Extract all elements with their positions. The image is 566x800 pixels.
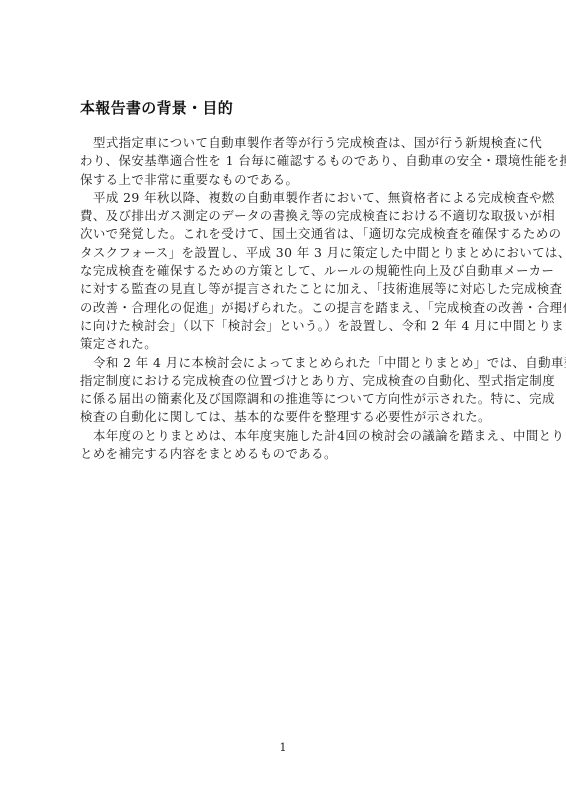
document-page: 本報告書の背景・目的 型式指定車について自動車製作者等が行う完成検査は、国が行う… bbox=[0, 0, 566, 800]
text-line: 保する上で非常に重要なものである。 bbox=[80, 171, 492, 189]
text-line: 令和 2 年 4 月に本検討会によってまとめられた「中間とりまとめ」では、自動車… bbox=[80, 354, 492, 372]
text-line: 費、及び排出ガス測定のデータの書換え等の完成検査における不適切な取扱いが相 bbox=[80, 207, 492, 225]
section-title: 本報告書の背景・目的 bbox=[80, 97, 233, 118]
text-line: 平成 29 年秋以降、複数の自動車製作者において、無資格者による完成検査や燃 bbox=[80, 189, 492, 207]
text-line: 指定制度における完成検査の位置づけとあり方、完成検査の自動化、型式指定制度 bbox=[80, 372, 492, 390]
text-line: 次いで発覚した。これを受けて、国土交通省は、「適切な完成検査を確保するための bbox=[80, 225, 492, 243]
text-line: タスクフォース」を設置し、平成 30 年 3 月に策定した中間とりまとめにおいて… bbox=[80, 244, 492, 262]
text-line: に対する監査の見直し等が提言されたことに加え、「技術進展等に対応した完成検査 bbox=[80, 280, 492, 298]
body-text: 型式指定車について自動車製作者等が行う完成検査は、国が行う新規検査に代 わり、保… bbox=[80, 134, 492, 463]
text-line: 策定された。 bbox=[80, 335, 492, 353]
page-number: 1 bbox=[0, 741, 566, 754]
text-line: 本年度のとりまとめは、本年度実施した計4回の検討会の議論を踏まえ、中間とりま bbox=[80, 427, 492, 445]
text-line: に向けた検討会」（以下「検討会」という。）を設置し、令和 2 年 4 月に中間と… bbox=[80, 317, 492, 335]
text-line: わり、保安基準適合性を 1 台毎に確認するものであり、自動車の安全・環境性能を担 bbox=[80, 152, 492, 170]
text-line: の改善・合理化の促進」が掲げられた。この提言を踏まえ、「完成検査の改善・合理化 bbox=[80, 299, 492, 317]
text-line: とめを補完する内容をまとめるものである。 bbox=[80, 445, 492, 463]
text-line: 検査の自動化に関しては、基本的な要件を整理する必要性が示された。 bbox=[80, 408, 492, 426]
text-line: な完成検査を確保するための方策として、ルールの規範性向上及び自動車メーカー bbox=[80, 262, 492, 280]
text-line: 型式指定車について自動車製作者等が行う完成検査は、国が行う新規検査に代 bbox=[80, 134, 492, 152]
text-line: に係る届出の簡素化及び国際調和の推進等について方向性が示された。特に、完成 bbox=[80, 390, 492, 408]
